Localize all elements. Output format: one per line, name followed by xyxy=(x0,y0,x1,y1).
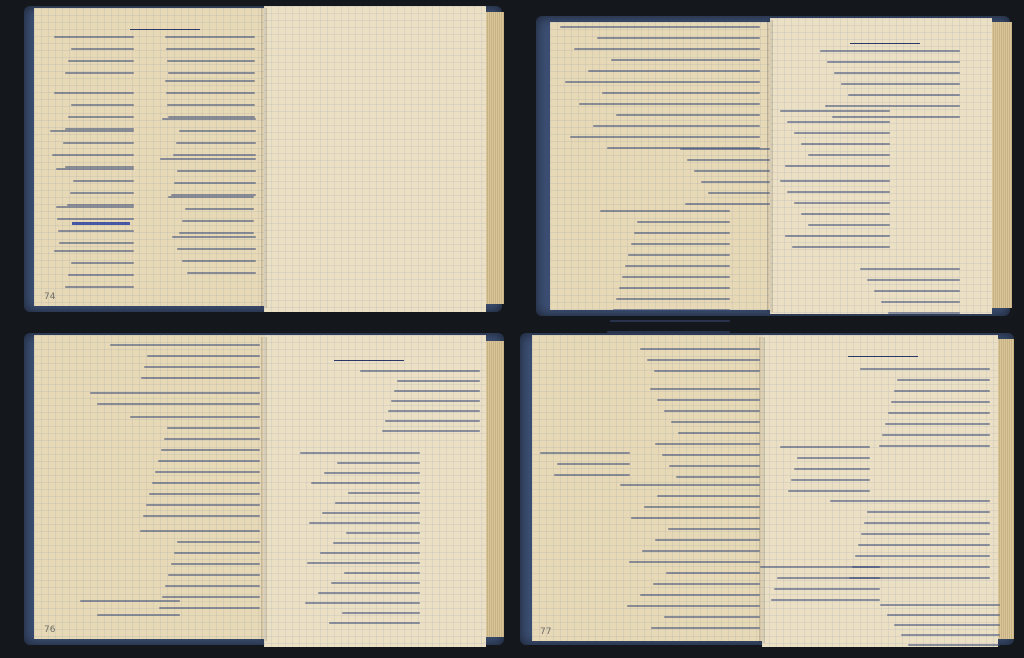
right-page: (illegible handwritten title, underlined… xyxy=(770,18,992,314)
page-edges xyxy=(990,22,1012,308)
page-edges xyxy=(996,339,1014,639)
spine xyxy=(261,337,267,641)
page-number: 76 xyxy=(44,625,55,635)
page-title: (illegible handwritten title, underlined… xyxy=(130,18,200,30)
right-page-blank xyxy=(264,6,486,312)
photo-bottom-right: 77 (illegible handwritten title, underli… xyxy=(512,329,1024,658)
photo-bottom-left: 76 (illegible handwritten title, underli… xyxy=(0,329,512,658)
photo-grid: (illegible handwritten title, underlined… xyxy=(0,0,1024,658)
page-number: 74 xyxy=(44,292,55,302)
page-title: (illegible handwritten title, underlined… xyxy=(848,345,918,357)
spine xyxy=(261,8,267,308)
spine xyxy=(759,337,765,643)
right-page: (illegible handwritten title, underlined… xyxy=(762,335,998,647)
left-page: 76 xyxy=(34,335,264,639)
left-page: (illegible handwritten title, underlined… xyxy=(34,8,264,306)
page-title: (illegible handwritten title, underlined… xyxy=(334,349,404,361)
left-page: 77 xyxy=(532,335,762,641)
photo-top-left: (illegible handwritten title, underlined… xyxy=(0,0,512,329)
page-number: 77 xyxy=(540,627,551,637)
photo-top-right: (illegible handwritten title, underlined… xyxy=(512,0,1024,329)
right-page: (illegible handwritten title, underlined… xyxy=(264,335,486,647)
spine xyxy=(767,20,773,312)
left-page xyxy=(550,22,770,310)
page-edges xyxy=(484,341,504,637)
page-title: (illegible handwritten title, underlined… xyxy=(850,32,920,44)
